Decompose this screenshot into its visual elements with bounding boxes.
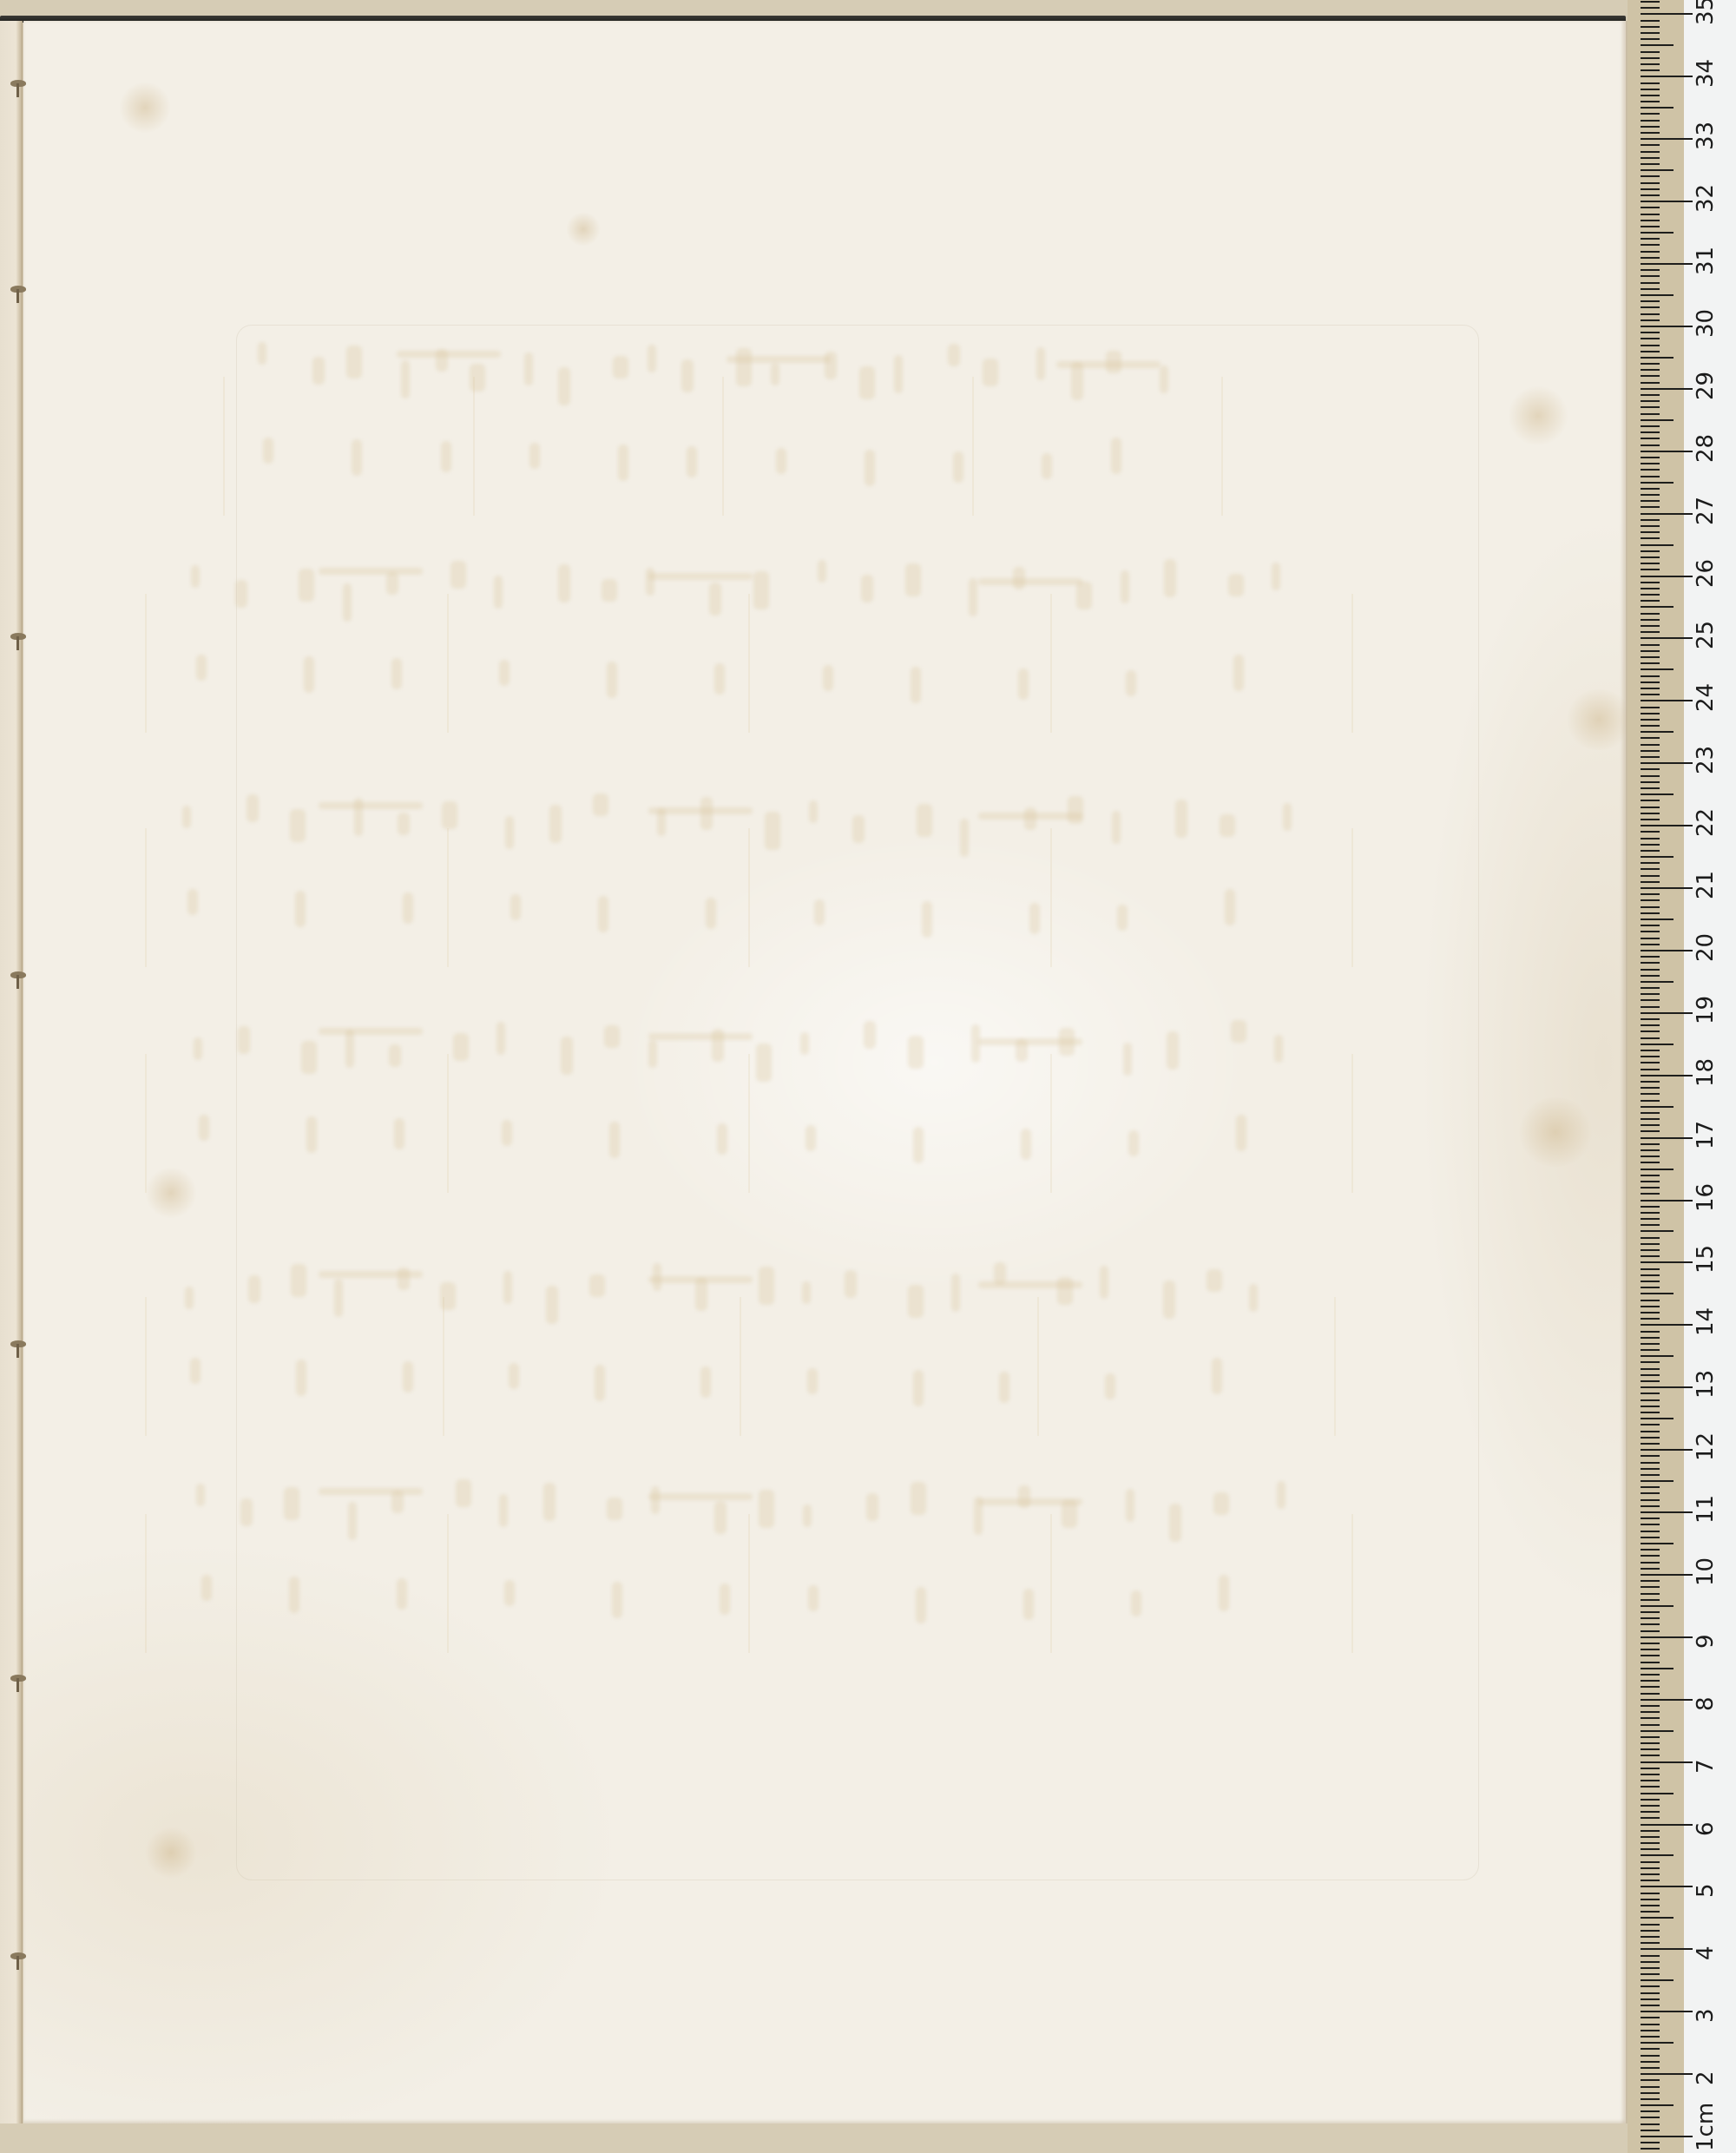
ruler-tick <box>1641 438 1660 439</box>
ruler-tick <box>1641 1012 1693 1014</box>
ruler-tick <box>1641 1511 1693 1513</box>
ruler-tick <box>1641 1293 1674 1294</box>
ruler-tick <box>1641 2110 1660 2112</box>
ruler-tick <box>1641 775 1660 777</box>
measurement-ruler: 1cm 234567891011121314151617181920212223… <box>1627 0 1736 2153</box>
ruler-tick <box>1641 151 1660 153</box>
ruler-tick <box>1641 188 1660 190</box>
show-through-note <box>238 1026 250 1054</box>
show-through-note <box>1126 670 1136 696</box>
ruler-tick <box>1641 525 1660 527</box>
ruler-tick <box>1641 1449 1693 1451</box>
show-through-note <box>543 1483 556 1521</box>
ruler-tick <box>1641 1979 1674 1981</box>
ruler-label: 33 <box>1693 98 1719 150</box>
ruler-tick <box>1641 1880 1660 1881</box>
ruler-tick <box>1641 394 1660 396</box>
ruler-tick <box>1641 1193 1660 1195</box>
ruler-tick <box>1641 1599 1660 1601</box>
ruler-tick <box>1641 175 1660 177</box>
show-through-note <box>687 446 697 477</box>
ruler-label: 5 <box>1693 1846 1719 1898</box>
ruler-label: 3 <box>1693 1971 1719 2023</box>
ruler-tick <box>1641 1911 1660 1913</box>
ruler-tick <box>1641 1668 1674 1669</box>
ruler-tick <box>1641 962 1660 964</box>
show-through-note <box>894 355 903 393</box>
ruler-tick <box>1641 582 1660 583</box>
ruler-tick <box>1641 1337 1660 1339</box>
show-through-barline <box>748 828 750 967</box>
ruler-tick <box>1641 831 1660 833</box>
ruler-tick <box>1641 513 1693 515</box>
ruler-label: 26 <box>1693 536 1719 588</box>
ruler-tick <box>1641 1836 1660 1838</box>
ruler-tick <box>1641 1605 1674 1607</box>
ruler-tick <box>1641 1886 1693 1887</box>
ruler-label: 4 <box>1693 1908 1719 1960</box>
ruler-tick <box>1641 675 1660 677</box>
show-through-note <box>352 439 362 476</box>
show-through-note <box>602 579 617 602</box>
stitch-hole <box>9 282 28 305</box>
show-through-beam <box>319 1488 423 1495</box>
ruler-tick <box>1641 644 1660 646</box>
show-through-note <box>1018 668 1029 700</box>
show-through-note <box>913 1370 924 1406</box>
show-through-beam <box>648 1493 753 1500</box>
show-through-note <box>289 1577 299 1613</box>
ruler-label: 11 <box>1693 1472 1719 1524</box>
show-through-note <box>441 441 451 472</box>
ruler-tick <box>1641 2073 1693 2075</box>
ruler-tick <box>1641 969 1660 971</box>
show-through-note <box>403 1361 413 1393</box>
show-through-note <box>1068 796 1083 824</box>
show-through-beam <box>1056 361 1161 368</box>
show-through-note <box>953 451 963 483</box>
show-through-note <box>1100 1266 1108 1299</box>
ruler-tick <box>1641 1218 1660 1220</box>
ruler-tick <box>1641 2142 1660 2143</box>
ruler-tick <box>1641 1748 1660 1750</box>
ruler-tick <box>1641 313 1660 315</box>
ruler-tick <box>1641 351 1660 352</box>
show-through-note <box>456 1479 471 1507</box>
show-through-beam <box>978 1498 1082 1505</box>
show-through-note <box>1225 889 1235 925</box>
show-through-beam <box>648 807 753 814</box>
ruler-tick <box>1641 413 1660 415</box>
ruler-tick <box>1641 1206 1660 1208</box>
show-through-note <box>648 1040 657 1068</box>
ruler-tick <box>1641 1830 1660 1832</box>
ruler-tick <box>1641 1437 1660 1439</box>
ruler-label: 20 <box>1693 910 1719 962</box>
show-through-barline <box>1351 594 1353 733</box>
show-through-note <box>248 1275 260 1303</box>
show-through-note <box>1274 1035 1283 1063</box>
show-through-note <box>776 448 786 474</box>
ruler-tick <box>1641 457 1660 458</box>
ruler-tick <box>1641 1261 1693 1263</box>
ruler-tick <box>1641 400 1660 402</box>
ruler-tick <box>1641 1736 1660 1738</box>
show-through-note <box>969 578 977 616</box>
ruler-tick <box>1641 725 1660 727</box>
ruler-tick <box>1641 345 1660 346</box>
show-through-barline <box>447 1054 449 1193</box>
ruler-tick <box>1641 1555 1660 1557</box>
ruler-tick <box>1641 1936 1660 1938</box>
ruler-tick <box>1641 744 1660 746</box>
ruler-label: 25 <box>1693 597 1719 649</box>
ruler-tick <box>1641 1312 1660 1314</box>
ruler-tick <box>1641 2117 1660 2118</box>
show-through-note <box>1105 1373 1115 1399</box>
ruler-tick <box>1641 1237 1660 1239</box>
foxing-stain <box>1516 1097 1595 1167</box>
show-through-note <box>999 1372 1009 1403</box>
ruler-tick <box>1641 1730 1674 1732</box>
show-through-barline <box>447 828 449 967</box>
ruler-tick <box>1641 631 1660 633</box>
show-through-note <box>1111 438 1121 474</box>
show-through-note <box>1212 1358 1222 1394</box>
ruler-tick <box>1641 1455 1660 1457</box>
ruler-tick <box>1641 1998 1660 2000</box>
show-through-barline <box>145 1054 147 1193</box>
ruler-label: 22 <box>1693 785 1719 837</box>
ruler-label: 32 <box>1693 161 1719 213</box>
show-through-note <box>291 1264 306 1297</box>
show-through-note <box>394 1118 404 1149</box>
ruler-tick <box>1641 1243 1660 1245</box>
ruler-tick <box>1641 2005 1660 2006</box>
show-through-note <box>720 1583 730 1615</box>
ruler-tick <box>1641 89 1660 90</box>
show-through-note <box>504 1580 515 1606</box>
show-through-note <box>613 356 628 379</box>
ruler-tick <box>1641 1793 1674 1794</box>
show-through-note <box>496 1022 505 1055</box>
ruler-tick <box>1641 1212 1660 1214</box>
show-through-beam <box>978 1038 1082 1045</box>
ruler-tick <box>1641 163 1660 165</box>
show-through-note <box>304 656 314 693</box>
show-through-note <box>808 1585 819 1611</box>
show-through-beam <box>319 568 423 575</box>
show-through-note <box>1126 1489 1134 1522</box>
show-through-note <box>818 560 826 583</box>
ruler-tick <box>1641 537 1660 539</box>
show-through-beam <box>648 1276 753 1283</box>
show-through-note <box>529 443 540 469</box>
show-through-note <box>814 899 825 925</box>
ruler-label: 30 <box>1693 286 1719 338</box>
ruler-tick <box>1641 63 1660 65</box>
ruler-tick <box>1641 1580 1660 1582</box>
show-through-note <box>759 1267 774 1305</box>
ruler-tick <box>1641 1574 1693 1576</box>
ruler-tick <box>1641 1518 1660 1519</box>
foxing-stain <box>1564 689 1634 750</box>
ruler-tick <box>1641 756 1660 758</box>
ruler-tick <box>1641 207 1660 208</box>
show-through-barline <box>447 594 449 733</box>
ruler-tick <box>1641 1893 1660 1894</box>
show-through-barline <box>1037 1297 1039 1436</box>
ruler-tick <box>1641 1680 1660 1682</box>
show-through-note <box>806 1125 816 1151</box>
ruler-tick <box>1641 862 1660 864</box>
ruler-tick <box>1641 1069 1660 1070</box>
ruler-tick <box>1641 881 1660 883</box>
ruler-tick <box>1641 544 1674 546</box>
ruler-tick <box>1641 369 1660 371</box>
show-through-barline <box>443 1297 444 1436</box>
show-through-note <box>1233 655 1244 691</box>
ruler-tick <box>1641 1137 1693 1139</box>
show-through-note <box>345 1030 354 1068</box>
ruler-tick <box>1641 1617 1660 1619</box>
ruler-tick <box>1641 1462 1660 1464</box>
ruler-tick <box>1641 244 1660 246</box>
ruler-tick <box>1641 1056 1660 1057</box>
show-through-barline <box>748 1054 750 1193</box>
ruler-tick <box>1641 887 1693 889</box>
show-through-note <box>948 344 960 366</box>
ruler-tick <box>1641 451 1693 452</box>
ruler-tick <box>1641 1037 1660 1039</box>
ruler-label: 8 <box>1693 1659 1719 1711</box>
ruler-tick <box>1641 1867 1660 1869</box>
show-through-note <box>1249 1284 1258 1312</box>
ruler-tick <box>1641 13 1693 15</box>
ruler-tick <box>1641 625 1660 627</box>
ruler-tick <box>1641 1169 1674 1170</box>
ruler-tick <box>1641 999 1660 1001</box>
ruler-tick <box>1641 488 1660 490</box>
ruler-tick <box>1641 1361 1660 1363</box>
ruler-tick <box>1641 1224 1660 1226</box>
show-through-note <box>714 1501 727 1534</box>
show-through-note <box>295 891 306 927</box>
ruler-tick <box>1641 1636 1693 1638</box>
show-through-note <box>191 565 200 588</box>
ruler-tick <box>1641 1143 1660 1145</box>
stitch-hole <box>9 629 28 652</box>
ruler-tick <box>1641 668 1674 670</box>
ruler-tick <box>1641 306 1660 308</box>
ruler-tick <box>1641 95 1660 96</box>
show-through-note <box>736 348 752 386</box>
ruler-tick <box>1641 1861 1660 1863</box>
ruler-tick <box>1641 906 1660 908</box>
ruler-tick <box>1641 1505 1660 1507</box>
ruler-tick <box>1641 1562 1660 1564</box>
show-through-beam <box>397 351 501 358</box>
ruler-label: 35 <box>1693 0 1719 25</box>
ruler-tick <box>1641 844 1660 846</box>
ruler-tick <box>1641 169 1674 171</box>
ruler-tick <box>1641 76 1693 77</box>
ruler-tick <box>1641 326 1693 327</box>
ruler-tick <box>1641 944 1660 945</box>
ruler-tick <box>1641 1281 1660 1282</box>
ruler-tick <box>1641 444 1660 446</box>
ruler-tick <box>1641 993 1660 995</box>
ruler-tick <box>1641 1318 1660 1320</box>
show-through-note <box>1220 814 1235 837</box>
show-through-note <box>546 1286 558 1324</box>
ruler-tick <box>1641 257 1660 259</box>
show-through-barline <box>145 1297 147 1436</box>
ruler-tick <box>1641 2036 1660 2038</box>
ruler-tick <box>1641 1374 1660 1376</box>
show-through-note <box>908 1036 924 1069</box>
show-through-note <box>499 1494 508 1527</box>
ruler-tick <box>1641 1568 1660 1570</box>
ruler-tick <box>1641 1349 1660 1351</box>
show-through-note <box>334 1279 343 1317</box>
ruler-tick <box>1641 662 1660 664</box>
ruler-tick <box>1641 950 1693 951</box>
ruler-tick <box>1641 768 1660 770</box>
show-through-note <box>306 1116 317 1153</box>
ruler-tick <box>1641 1780 1660 1781</box>
show-through-note <box>1228 574 1244 596</box>
show-through-beam <box>978 1281 1082 1288</box>
show-through-note <box>905 563 921 596</box>
ruler-tick <box>1641 144 1660 146</box>
ruler-tick <box>1641 1924 1660 1926</box>
ruler-tick <box>1641 1386 1693 1388</box>
ruler-tick <box>1641 1424 1660 1425</box>
ruler-tick <box>1641 1300 1660 1301</box>
ruler-tick <box>1641 1899 1660 1900</box>
ruler-tick <box>1641 226 1660 227</box>
show-through-barline <box>1334 1297 1336 1436</box>
ruler-label: 6 <box>1693 1784 1719 1836</box>
ruler-label: 28 <box>1693 411 1719 463</box>
ruler-tick <box>1641 1075 1693 1076</box>
show-through-barline <box>145 828 147 967</box>
ruler-tick <box>1641 681 1660 683</box>
plate-mark <box>236 325 1479 1880</box>
show-through-note <box>917 804 932 837</box>
stitch-hole <box>9 76 28 99</box>
ruler-tick <box>1641 1768 1660 1769</box>
ruler-tick <box>1641 956 1660 958</box>
ruler-tick <box>1641 1412 1660 1413</box>
show-through-note <box>190 1358 201 1384</box>
ruler-label: 17 <box>1693 1097 1719 1149</box>
ruler-tick <box>1641 750 1660 752</box>
ruler-tick <box>1641 987 1660 989</box>
ruler-tick <box>1641 2011 1693 2012</box>
ruler-tick <box>1641 1531 1660 1532</box>
show-through-beam <box>319 1271 423 1278</box>
ruler-tick <box>1641 214 1660 215</box>
ruler-tick <box>1641 1274 1660 1276</box>
ruler-tick <box>1641 975 1660 977</box>
show-through-barline <box>972 377 974 516</box>
ruler-tick <box>1641 2092 1660 2094</box>
show-through-note <box>453 1033 469 1061</box>
show-through-note <box>510 894 521 920</box>
ruler-tick <box>1641 1200 1693 1202</box>
show-through-note <box>182 806 191 828</box>
ruler-tick <box>1641 1156 1660 1157</box>
show-through-barline <box>1351 1514 1353 1653</box>
ruler-tick <box>1641 1985 1660 1987</box>
ruler-tick <box>1641 263 1693 265</box>
ruler-tick <box>1641 1368 1660 1370</box>
ruler-tick <box>1641 700 1693 701</box>
ruler-tick <box>1641 563 1660 564</box>
show-through-note <box>1219 1575 1229 1611</box>
show-through-note <box>651 1486 660 1514</box>
ruler-tick <box>1641 300 1660 302</box>
ruler-tick <box>1641 576 1693 577</box>
ruler-tick <box>1641 1549 1660 1551</box>
ruler-tick <box>1641 1623 1660 1625</box>
ruler-tick <box>1641 1106 1674 1108</box>
show-through-beam <box>648 1033 753 1040</box>
show-through-note <box>403 892 413 924</box>
show-through-note <box>589 1274 605 1297</box>
show-through-barline <box>748 1514 750 1653</box>
ruler-tick <box>1641 1249 1660 1251</box>
show-through-note <box>524 352 533 385</box>
show-through-note <box>397 1578 407 1610</box>
stitch-hole <box>9 1337 28 1360</box>
show-through-barline <box>1351 828 1353 967</box>
ruler-tick <box>1641 1724 1660 1726</box>
show-through-note <box>258 342 266 365</box>
ruler-tick <box>1641 1124 1660 1126</box>
ruler-tick <box>1641 1586 1660 1588</box>
ruler-tick <box>1641 1917 1674 1919</box>
show-through-note <box>196 1484 205 1506</box>
ruler-label: 13 <box>1693 1346 1719 1399</box>
ruler-tick <box>1641 1468 1660 1470</box>
show-through-note <box>916 1587 926 1623</box>
show-through-note <box>807 1368 818 1394</box>
ruler-tick <box>1641 556 1660 558</box>
foxing-stain <box>566 212 601 247</box>
ruler-tick <box>1641 619 1660 621</box>
ruler-tick <box>1641 1 1660 3</box>
ruler-tick <box>1641 1399 1660 1401</box>
ruler-tick <box>1641 1961 1660 1963</box>
ruler-tick <box>1641 1942 1660 1944</box>
ruler-tick <box>1641 44 1674 46</box>
ruler-tick <box>1641 494 1660 496</box>
show-through-note <box>911 667 921 703</box>
ruler-label: 21 <box>1693 847 1719 899</box>
show-through-note <box>509 1363 519 1389</box>
show-through-note <box>450 561 466 589</box>
ruler-tick <box>1641 182 1660 184</box>
ruler-tick <box>1641 594 1660 596</box>
show-through-note <box>612 1582 622 1618</box>
ruler-tick <box>1641 126 1660 128</box>
show-through-note <box>717 1123 727 1155</box>
show-through-note <box>913 1127 924 1163</box>
ruler-tick <box>1641 120 1660 122</box>
